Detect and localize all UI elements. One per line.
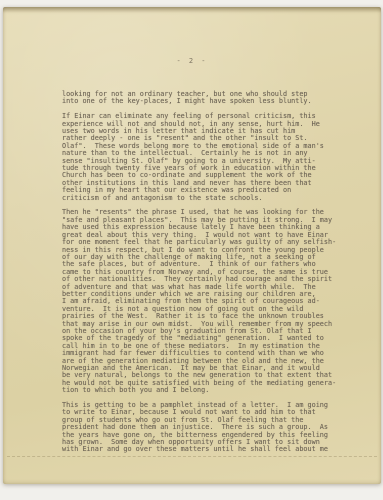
paper-top-edge (3, 7, 381, 13)
paper-crease (7, 456, 377, 457)
page-number: - 2 - (3, 57, 381, 65)
paragraph: This is getting to be a pamphlet instead… (62, 402, 352, 454)
paragraph: looking for not an ordinary teacher, but… (62, 91, 352, 106)
paragraph: Then he "resents" the phrase I used, tha… (62, 209, 352, 394)
letter-page: - 2 - looking for not an ordinary teache… (3, 7, 381, 484)
scan-background: - 2 - looking for not an ordinary teache… (0, 0, 383, 500)
paragraph: If Einar can eliminate any feeling of pe… (62, 113, 352, 202)
letter-body: looking for not an ordinary teacher, but… (62, 91, 352, 461)
